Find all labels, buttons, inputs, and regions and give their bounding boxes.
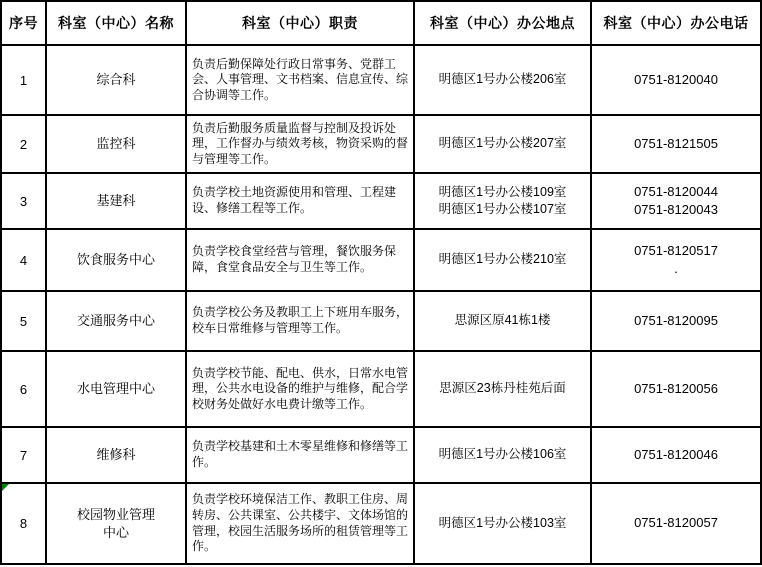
cell-location: 明德区1号办公楼206室 — [414, 45, 591, 115]
cell-duty: 负责学校土地资源使用和管理、工程建设、修缮工程等工作。 — [186, 173, 414, 229]
cell-phone: 0751-8120095 — [591, 291, 761, 351]
table-row: 5 交通服务中心 负责学校公务及教职工上下班用车服务，校车日常维修与管理等工作。… — [1, 291, 761, 351]
cell-duty: 负责学校公务及教职工上下班用车服务，校车日常维修与管理等工作。 — [186, 291, 414, 351]
cell-location: 明德区1号办公楼106室 — [414, 427, 591, 483]
cell-phone: 0751-8120056 — [591, 351, 761, 427]
cell-duty: 负责学校基建和土木零星维修和修缮等工作。 — [186, 427, 414, 483]
cell-name: 基建科 — [46, 173, 186, 229]
department-table: 序号 科室（中心）名称 科室（中心）职责 科室（中心）办公地点 科室（中心）办公… — [0, 0, 762, 565]
cell-location: 明德区1号办公楼210室 — [414, 229, 591, 291]
header-duty: 科室（中心）职责 — [186, 1, 414, 45]
cell-name: 交通服务中心 — [46, 291, 186, 351]
header-phone: 科室（中心）办公电话 — [591, 1, 761, 45]
cell-phone: 0751-8121505 — [591, 115, 761, 173]
cell-location: 思源区23栋丹桂苑后面 — [414, 351, 591, 427]
table-row: 6 水电管理中心 负责学校节能、配电、供水，日常水电管理，公共水电设备的维护与维… — [1, 351, 761, 427]
cell-location: 明德区1号办公楼207室 — [414, 115, 591, 173]
cell-phone: 0751-8120046 — [591, 427, 761, 483]
cell-duty: 负责学校食堂经营与管理，餐饮服务保障，食堂食品安全与卫生等工作。 — [186, 229, 414, 291]
cell-no: 2 — [1, 115, 46, 173]
cell-duty: 负责学校环境保洁工作、教职工住房、周转房、公共课室、公共楼宇、文体场馆的管理，校… — [186, 483, 414, 564]
excel-error-indicator-icon — [2, 484, 9, 491]
cell-no: 1 — [1, 45, 46, 115]
table-row: 7 维修科 负责学校基建和土木零星维修和修缮等工作。 明德区1号办公楼106室 … — [1, 427, 761, 483]
cell-name: 水电管理中心 — [46, 351, 186, 427]
cell-no: 6 — [1, 351, 46, 427]
cell-duty: 负责学校节能、配电、供水，日常水电管理，公共水电设备的维护与维修，配合学校财务处… — [186, 351, 414, 427]
cell-name: 监控科 — [46, 115, 186, 173]
cell-name: 维修科 — [46, 427, 186, 483]
cell-no-text: 8 — [20, 516, 27, 531]
table-row: 4 饮食服务中心 负责学校食堂经营与管理，餐饮服务保障，食堂食品安全与卫生等工作… — [1, 229, 761, 291]
cell-no: 5 — [1, 291, 46, 351]
cell-phone: 0751-8120517 . — [591, 229, 761, 291]
cell-name: 校园物业管理 中心 — [46, 483, 186, 564]
cell-no: 8 — [1, 483, 46, 564]
header-no: 序号 — [1, 1, 46, 45]
cell-phone: 0751-8120057 — [591, 483, 761, 564]
cell-phone: 0751-8120040 — [591, 45, 761, 115]
cell-no: 4 — [1, 229, 46, 291]
table-row: 3 基建科 负责学校土地资源使用和管理、工程建设、修缮工程等工作。 明德区1号办… — [1, 173, 761, 229]
cell-no: 7 — [1, 427, 46, 483]
table-row: 8 校园物业管理 中心 负责学校环境保洁工作、教职工住房、周转房、公共课室、公共… — [1, 483, 761, 564]
header-location: 科室（中心）办公地点 — [414, 1, 591, 45]
cell-location: 思源区原41栋1楼 — [414, 291, 591, 351]
table-row: 1 综合科 负责后勤保障处行政日常事务、党群工会、人事管理、文书档案、信息宣传、… — [1, 45, 761, 115]
cell-phone: 0751-8120044 0751-8120043 — [591, 173, 761, 229]
cell-no: 3 — [1, 173, 46, 229]
cell-location: 明德区1号办公楼109室 明德区1号办公楼107室 — [414, 173, 591, 229]
header-name: 科室（中心）名称 — [46, 1, 186, 45]
cell-location: 明德区1号办公楼103室 — [414, 483, 591, 564]
table-row: 2 监控科 负责后勤服务质量监督与控制及投诉处理，工作督办与绩效考核，物资采购的… — [1, 115, 761, 173]
table-header-row: 序号 科室（中心）名称 科室（中心）职责 科室（中心）办公地点 科室（中心）办公… — [1, 1, 761, 45]
cell-duty: 负责后勤服务质量监督与控制及投诉处理，工作督办与绩效考核，物资采购的督与管理等工… — [186, 115, 414, 173]
department-contact-table-page: 序号 科室（中心）名称 科室（中心）职责 科室（中心）办公地点 科室（中心）办公… — [0, 0, 762, 567]
cell-duty: 负责后勤保障处行政日常事务、党群工会、人事管理、文书档案、信息宣传、综合协调等工… — [186, 45, 414, 115]
cell-name: 饮食服务中心 — [46, 229, 186, 291]
cell-name: 综合科 — [46, 45, 186, 115]
